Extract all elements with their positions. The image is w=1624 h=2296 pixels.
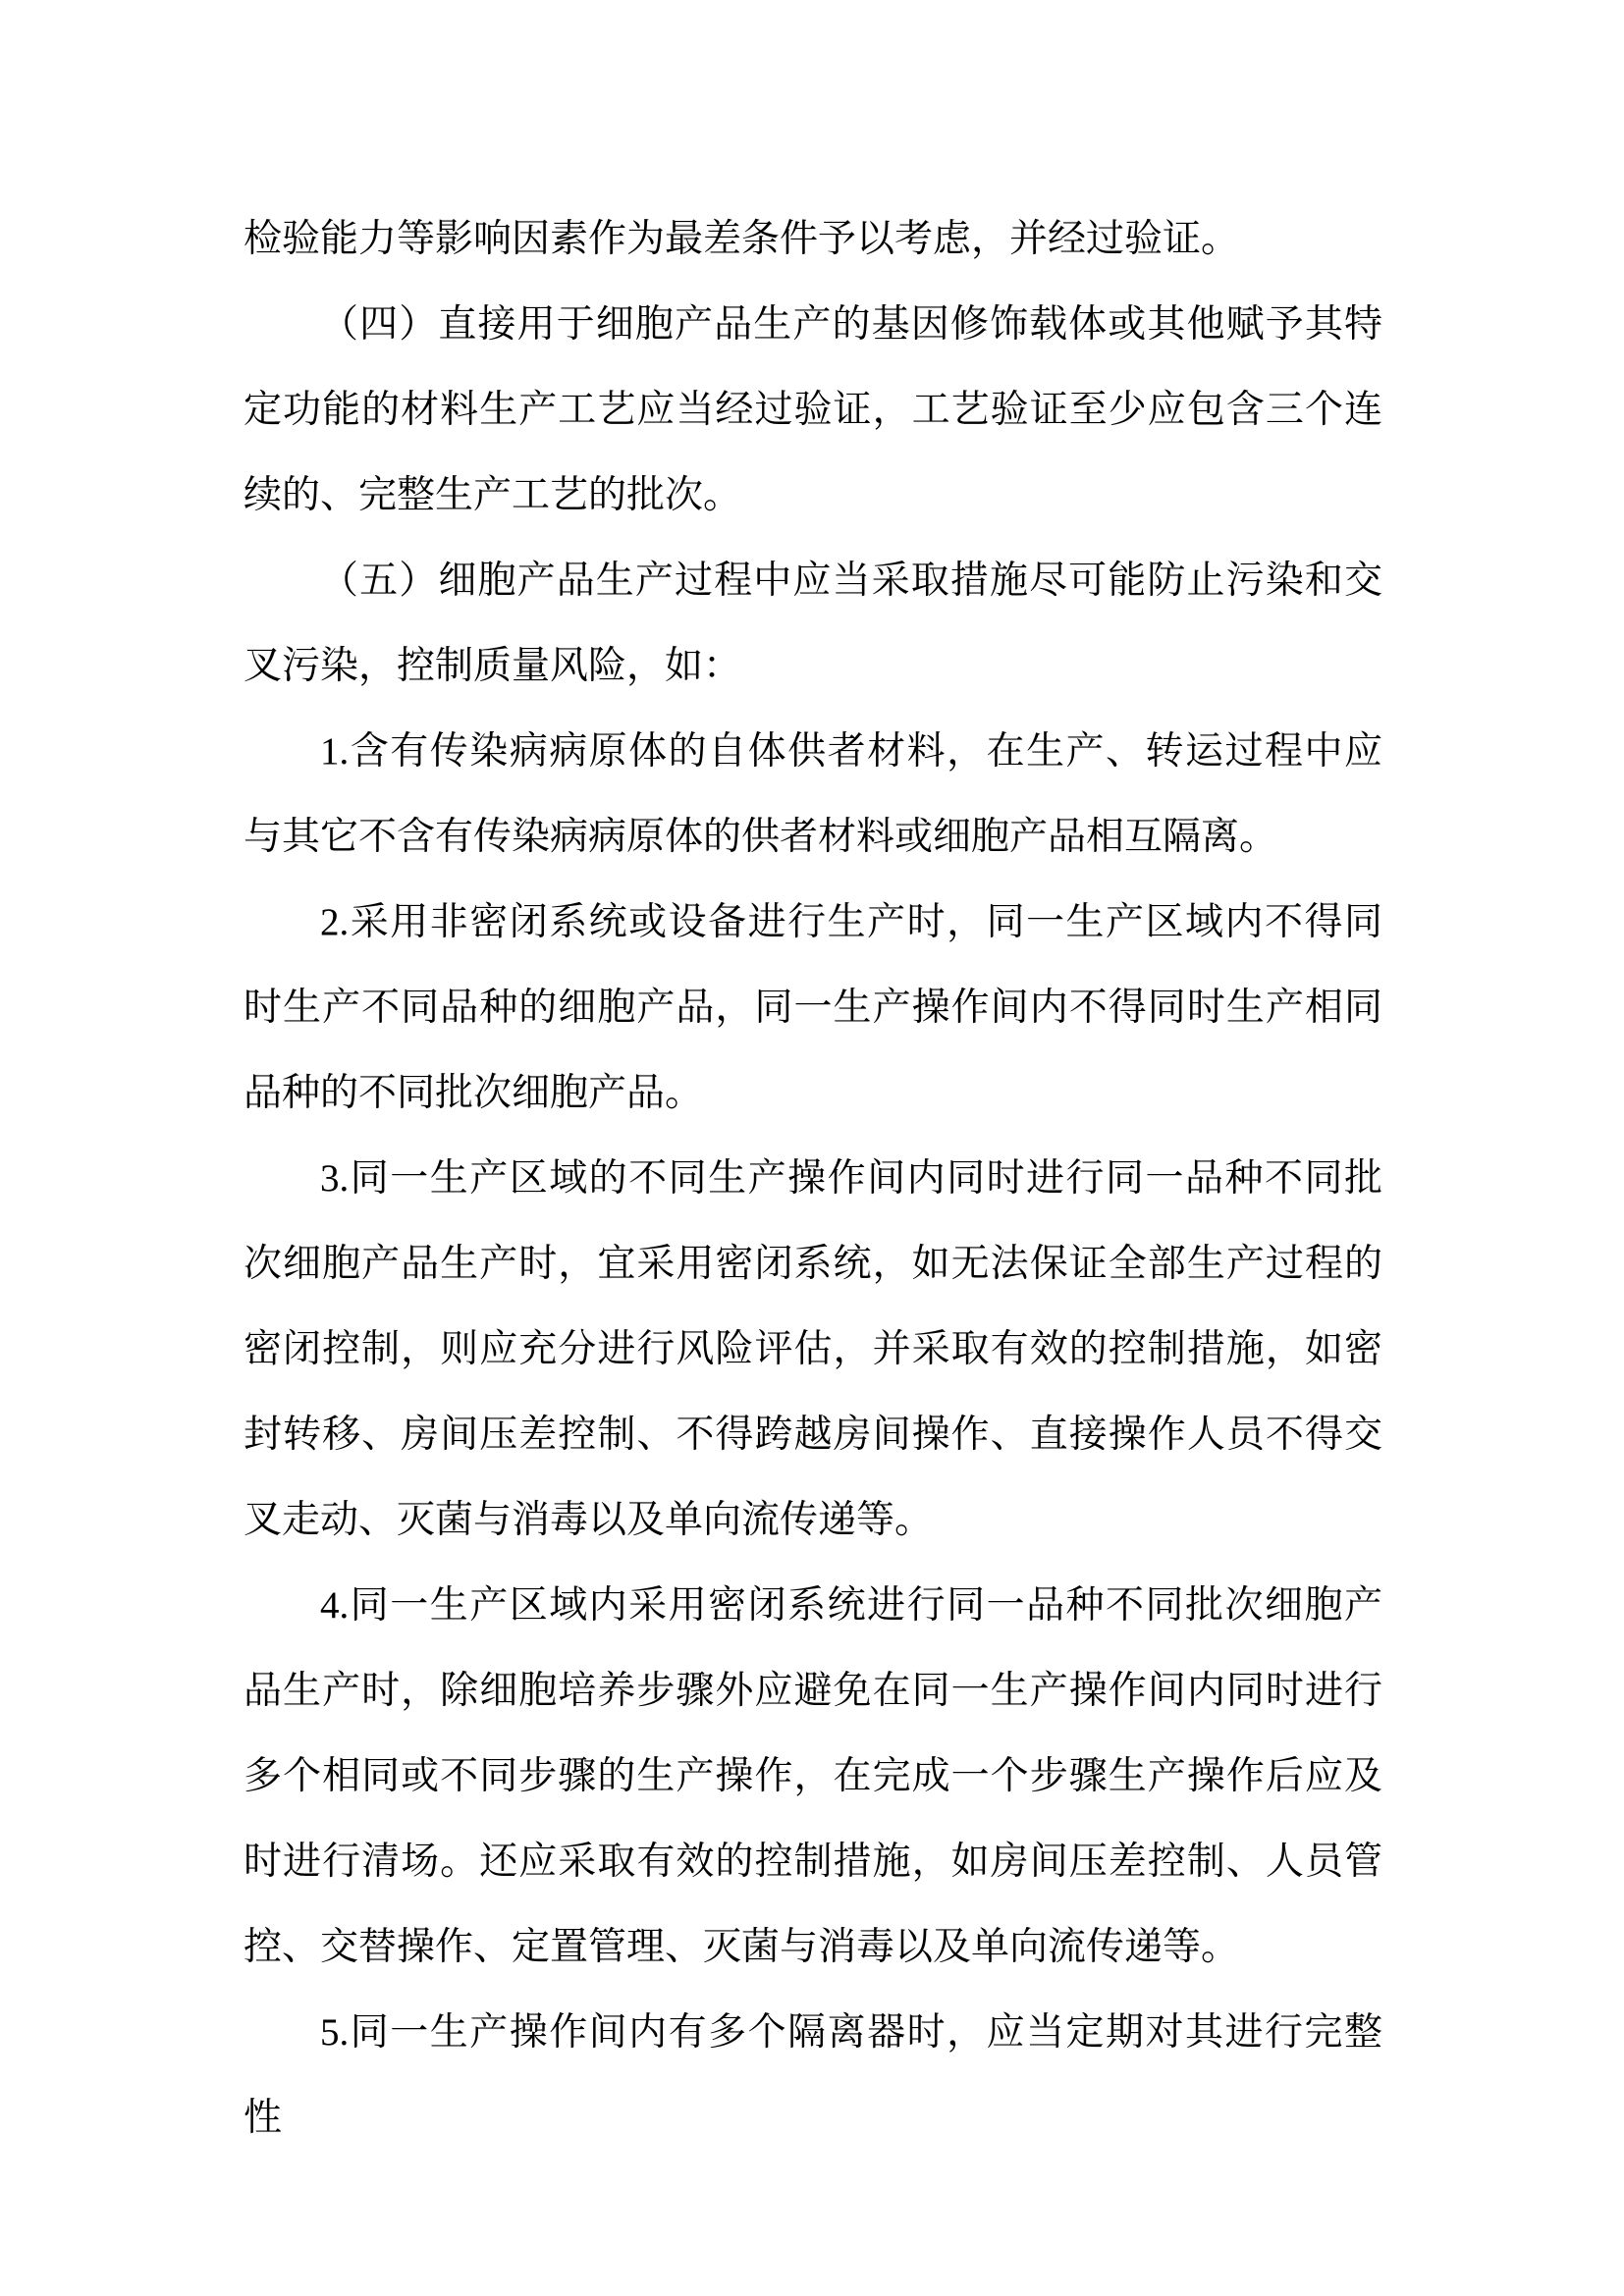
paragraph-continuation: 检验能力等影响因素作为最差条件予以考虑，并经过验证。 — [244, 196, 1382, 282]
paragraph-point-1: 1.含有传染病病原体的自体供者材料，在生产、转运过程中应与其它不含有传染病病原体… — [244, 709, 1382, 880]
paragraph-point-3: 3.同一生产区域的不同生产操作间内同时进行同一品种不同批次细胞产品生产时，宜采用… — [244, 1136, 1382, 1563]
document-page: 检验能力等影响因素作为最差条件予以考虑，并经过验证。（四）直接用于细胞产品生产的… — [0, 0, 1624, 2296]
paragraph-point-5: 5.同一生产操作间内有多个隔离器时，应当定期对其进行完整性 — [244, 1990, 1382, 2161]
paragraph-item-5: （五）细胞产品生产过程中应当采取措施尽可能防止污染和交叉污染，控制质量风险，如： — [244, 538, 1382, 709]
paragraph-point-4: 4.同一生产区域内采用密闭系统进行同一品种不同批次细胞产品生产时，除细胞培养步骤… — [244, 1563, 1382, 1990]
document-body: 检验能力等影响因素作为最差条件予以考虑，并经过验证。（四）直接用于细胞产品生产的… — [244, 196, 1382, 2161]
paragraph-item-4: （四）直接用于细胞产品生产的基因修饰载体或其他赋予其特定功能的材料生产工艺应当经… — [244, 282, 1382, 538]
paragraph-point-2: 2.采用非密闭系统或设备进行生产时，同一生产区域内不得同时生产不同品种的细胞产品… — [244, 880, 1382, 1136]
